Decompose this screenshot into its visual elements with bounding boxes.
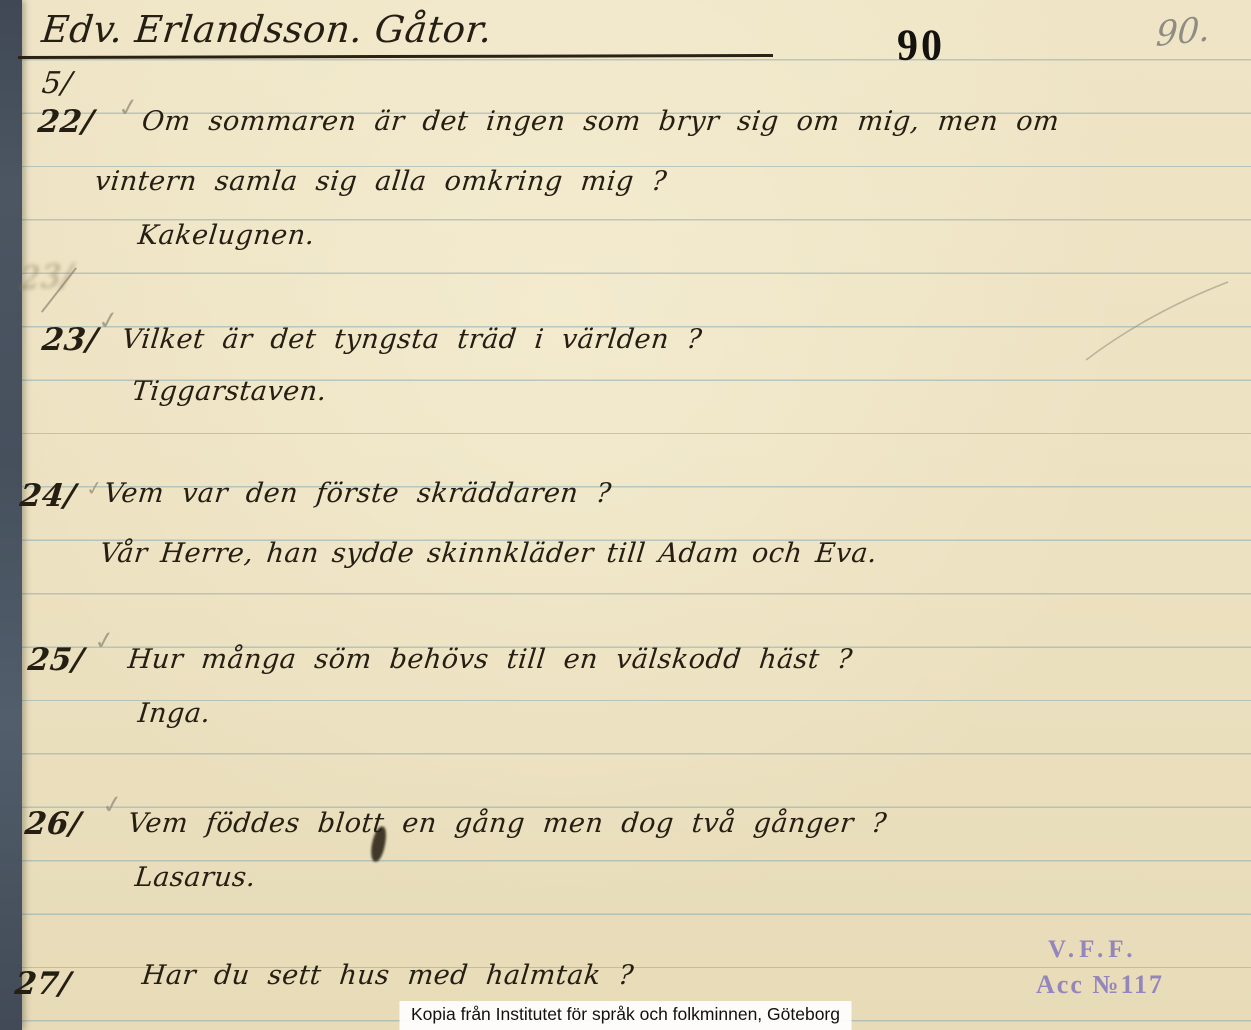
riddle-question-line: Vilket är det tyngsta träd i världen ? (120, 324, 703, 355)
riddle-number: 23/ (40, 322, 100, 358)
manuscript-page: Edv. Erlandsson. Gåtor. 90 90. 5/ 22/ ✓ … (0, 0, 1251, 1030)
riddle-number: 22/ (36, 104, 96, 140)
check-icon: ✓ (96, 305, 121, 337)
check-icon: ✓ (92, 625, 117, 657)
series-number: 5/ (40, 66, 74, 101)
riddle-answer: Inga. (136, 698, 212, 729)
riddle-number: 26/ (23, 806, 83, 842)
copy-caption: Kopia från Institutet för språk och folk… (399, 1001, 852, 1030)
riddle-question-line: Har du sett hus med halmtak ? (140, 960, 635, 991)
page-number-stamp: 90 (897, 21, 945, 71)
page-title: Edv. Erlandsson. Gåtor. (40, 8, 495, 51)
page-number-pencil: 90. (1155, 9, 1212, 55)
riddle-answer: Kakelugnen. (136, 220, 316, 251)
riddle-question-line: Vem föddes blott en gång men dog två gån… (126, 808, 888, 839)
archive-stamp-org: V.F.F. (1048, 936, 1138, 964)
riddle-number: 24/ (18, 478, 78, 514)
check-icon: ✓ (84, 475, 104, 501)
riddle-answer: Vår Herre, han sydde skinnkläder till Ad… (98, 538, 878, 569)
scanner-edge-strip (0, 0, 22, 1030)
riddle-answer: Lasarus. (133, 862, 257, 893)
riddle-number: 27/ (13, 966, 73, 1002)
riddle-answer: Tiggarstaven. (130, 376, 328, 407)
riddle-question-line: Vem var den förste skräddaren ? (102, 478, 613, 509)
check-icon: ✓ (116, 92, 141, 124)
title-underline (18, 54, 773, 59)
erased-number-smudge: 23/ (19, 256, 73, 298)
pencil-stroke (1078, 268, 1238, 368)
archive-stamp-acc: Acc №117 (1036, 970, 1164, 1000)
check-icon: ✓ (100, 789, 125, 821)
riddle-question-line: vintern samla sig alla omkring mig ? (93, 166, 668, 197)
riddle-number: 25/ (26, 642, 86, 678)
riddle-question-line: Om sommaren är det ingen som bryr sig om… (140, 106, 1061, 137)
riddle-question-line: Hur många söm behövs till en välskodd hä… (126, 644, 854, 675)
